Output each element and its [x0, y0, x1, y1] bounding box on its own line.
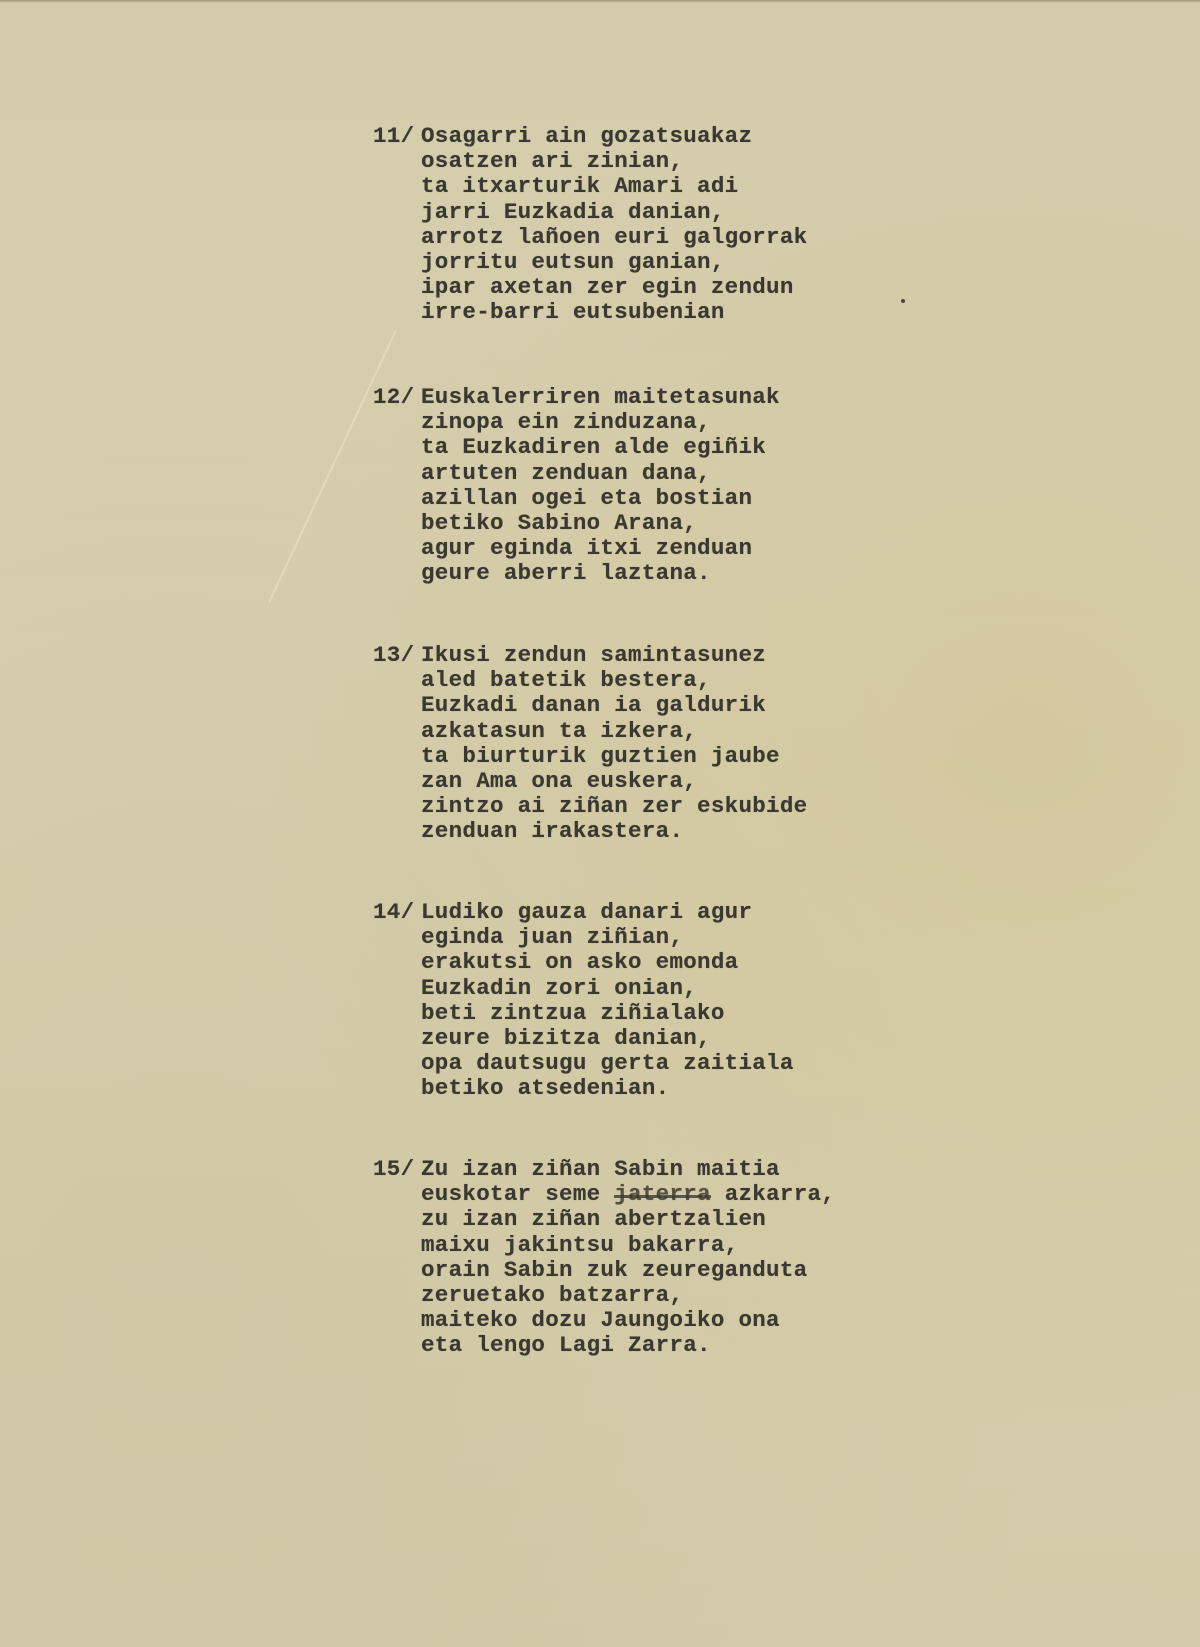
ink-speck [901, 299, 905, 303]
stanza-line: artuten zenduan dana, [373, 461, 780, 486]
stanza-line: geure aberri laztana. [373, 561, 780, 586]
paper-top-edge [0, 0, 1200, 3]
stanza-line: orain Sabin zuk zeureganduta [373, 1258, 835, 1283]
typewritten-page: 11/Osagarri ain gozatsuakaz osatzen ari … [0, 0, 1200, 1647]
struck-out-word: jaterra [614, 1182, 711, 1207]
stanza-line: euskotar seme jaterra azkarra, [373, 1182, 835, 1207]
stanza-line: maixu jakintsu bakarra, [373, 1233, 835, 1258]
stanza-line: 11/Osagarri ain gozatsuakaz [373, 124, 807, 149]
stanza-line: Euzkadin zori onian, [373, 976, 794, 1001]
stanza-line: eginda juan ziñian, [373, 925, 794, 950]
stanza-15: 15/Zu izan ziñan Sabin maitia euskotar s… [373, 1157, 835, 1359]
stanza-line: zenduan irakastera. [373, 819, 807, 844]
stanza-line: opa dautsugu gerta zaitiala [373, 1051, 794, 1076]
stanza-line: maiteko dozu Jaungoiko ona [373, 1308, 835, 1333]
stanza-line: zeure bizitza danian, [373, 1026, 794, 1051]
stanza-line: arrotz lañoen euri galgorrak [373, 225, 807, 250]
stanza-line: ta Euzkadiren alde egiñik [373, 435, 780, 460]
stanza-line: zu izan ziñan abertzalien [373, 1207, 835, 1232]
stanza-line: betiko Sabino Arana, [373, 511, 780, 536]
stanza-12: 12/Euskalerriren maitetasunak zinopa ein… [373, 385, 780, 587]
stanza-14: 14/Ludiko gauza danari agur eginda juan … [373, 900, 794, 1102]
stanza-line: agur eginda itxi zenduan [373, 536, 780, 561]
stanza-line: ta itxarturik Amari adi [373, 174, 807, 199]
stanza-line: irre-barri eutsubenian [373, 300, 807, 325]
stanza-line: eta lengo Lagi Zarra. [373, 1333, 835, 1358]
stanza-line: azkatasun ta izkera, [373, 719, 807, 744]
stanza-line: 12/Euskalerriren maitetasunak [373, 385, 780, 410]
stanza-number: 12/ [373, 385, 421, 410]
stanza-line: ta biurturik guztien jaube [373, 744, 807, 769]
stanza-line: zeruetako batzarra, [373, 1283, 835, 1308]
stanza-line: azillan ogei eta bostian [373, 486, 780, 511]
stanza-line: zinopa ein zinduzana, [373, 410, 780, 435]
stanza-line: ipar axetan zer egin zendun [373, 275, 807, 300]
stanza-line: jorritu eutsun ganian, [373, 250, 807, 275]
stanza-13: 13/Ikusi zendun samintasunez aled bateti… [373, 643, 807, 845]
stanza-line: erakutsi on asko emonda [373, 950, 794, 975]
stanza-line: osatzen ari zinian, [373, 149, 807, 174]
stanza-number: 14/ [373, 900, 421, 925]
stanza-11: 11/Osagarri ain gozatsuakaz osatzen ari … [373, 124, 807, 326]
stanza-line: aled batetik bestera, [373, 668, 807, 693]
stanza-line: jarri Euzkadia danian, [373, 200, 807, 225]
stanza-line: betiko atsedenian. [373, 1076, 794, 1101]
stanza-line: 14/Ludiko gauza danari agur [373, 900, 794, 925]
stanza-line: 13/Ikusi zendun samintasunez [373, 643, 807, 668]
stanza-line: Euzkadi danan ia galdurik [373, 693, 807, 718]
stanza-number: 11/ [373, 124, 421, 149]
stanza-line: beti zintzua ziñialako [373, 1001, 794, 1026]
stanza-line: zintzo ai ziñan zer eskubide [373, 794, 807, 819]
stanza-line: 15/Zu izan ziñan Sabin maitia [373, 1157, 835, 1182]
stanza-number: 13/ [373, 643, 421, 668]
stanza-number: 15/ [373, 1157, 421, 1182]
stanza-line: zan Ama ona euskera, [373, 769, 807, 794]
